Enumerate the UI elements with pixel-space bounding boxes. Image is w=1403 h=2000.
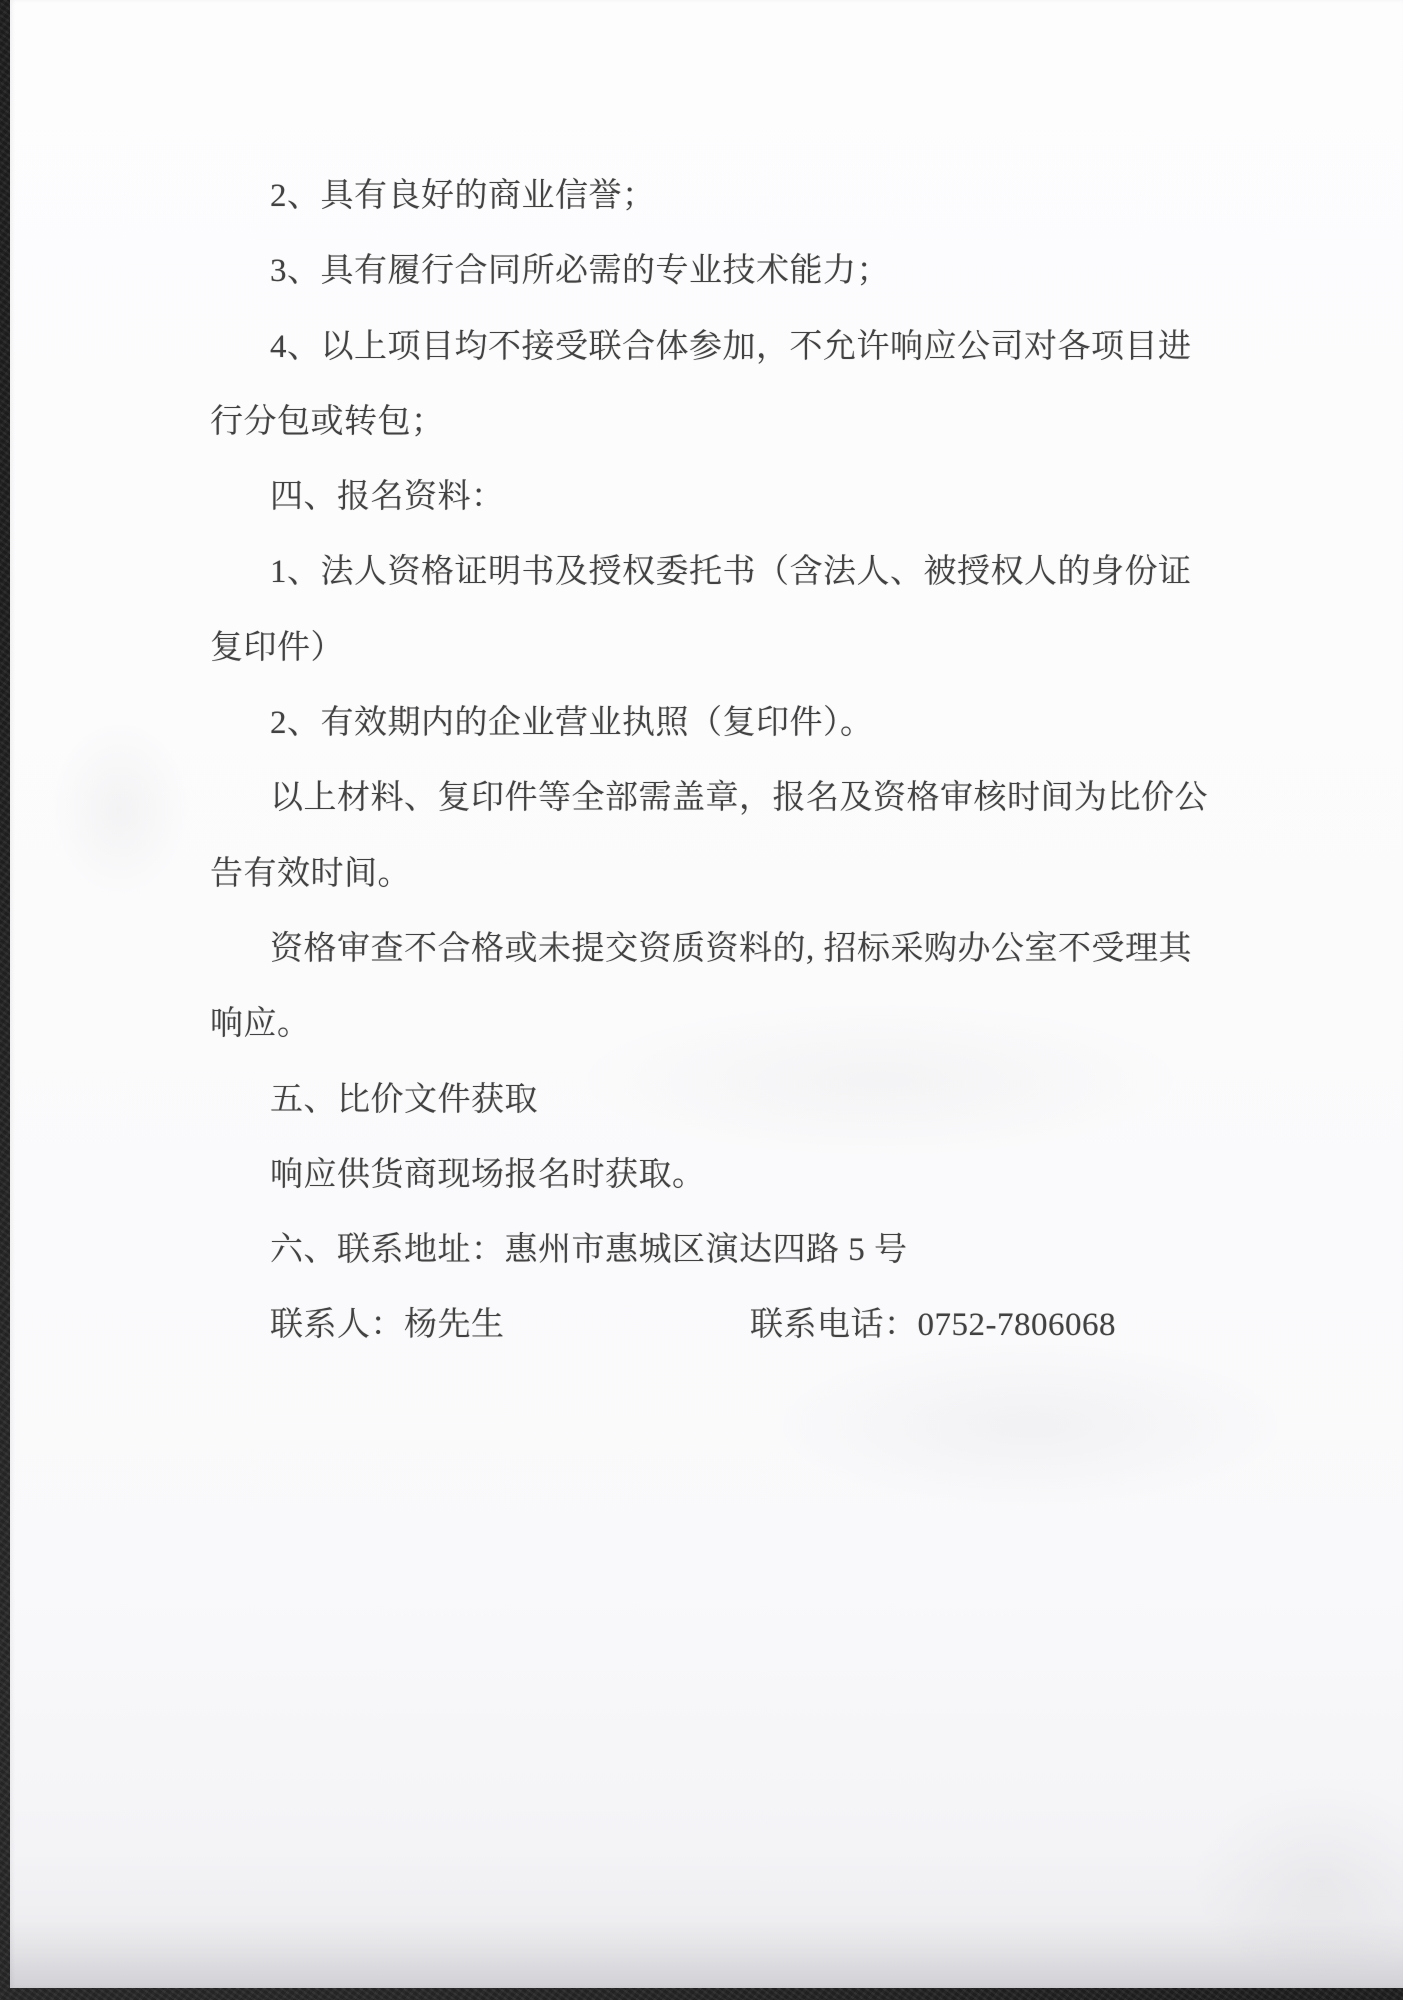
text-line: 3、具有履行合同所必需的专业技术能力； — [210, 234, 1220, 309]
page-bottom-shadow — [10, 1918, 1403, 1988]
text-line: 资格审查不合格或未提交资质资料的, 招标采购办公室不受理其 — [210, 912, 1220, 987]
text-line: 响应供货商现场报名时获取。 — [210, 1138, 1220, 1213]
document-text: 2、具有良好的商业信誉； 3、具有履行合同所必需的专业技术能力； 4、以上项目均… — [210, 159, 1220, 1364]
text-line: 复印件） — [210, 611, 1220, 686]
text-line: 五、比价文件获取 — [210, 1063, 1220, 1138]
text-line: 告有效时间。 — [210, 837, 1220, 912]
scan-smudge — [50, 720, 190, 900]
text-line: 行分包或转包； — [210, 385, 1220, 460]
text-line: 4、以上项目均不接受联合体参加，不允许响应公司对各项目进 — [210, 310, 1220, 385]
scan-smudge — [770, 1340, 1290, 1510]
text-line: 以上材料、复印件等全部需盖章，报名及资格审核时间为比价公 — [210, 761, 1220, 836]
text-line: 2、有效期内的企业营业执照（复印件）。 — [210, 686, 1220, 761]
text-line: 响应。 — [210, 987, 1220, 1062]
contact-person: 联系人：杨先生 — [270, 1307, 505, 1343]
text-line: 四、报名资料： — [210, 460, 1220, 535]
text-line: 1、法人资格证明书及授权委托书（含法人、被授权人的身份证 — [210, 535, 1220, 610]
contact-phone: 联系电话：0752-7806068 — [750, 1288, 1116, 1363]
contact-line: 联系人：杨先生 联系电话：0752-7806068 — [210, 1288, 1220, 1363]
text-line: 2、具有良好的商业信誉； — [210, 159, 1220, 234]
text-line: 六、联系地址：惠州市惠城区演达四路 5 号 — [210, 1213, 1220, 1288]
